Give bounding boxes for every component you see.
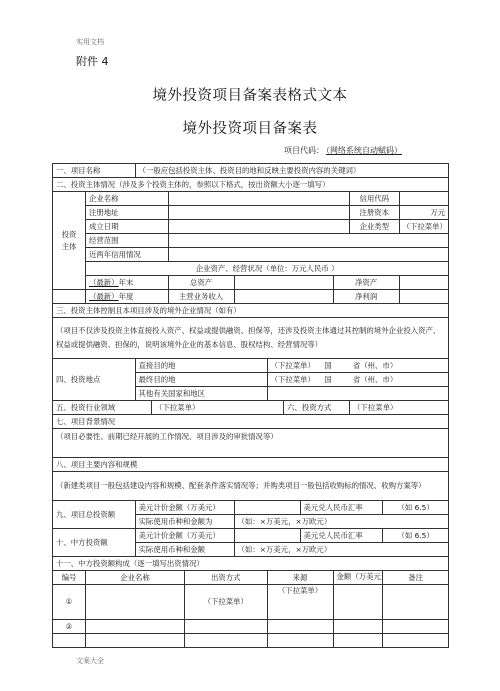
final-country-dropdown[interactable]: （下拉菜单） xyxy=(271,375,315,384)
final-destination-label: 最终目的地 xyxy=(135,373,267,387)
row-overseas-header: 三、投资主体控制且本项目涉及的境外企业情况（如有） xyxy=(53,304,449,318)
row-no: ② xyxy=(53,620,86,634)
row-no xyxy=(53,634,86,648)
row-note-field[interactable] xyxy=(383,634,449,648)
composition-section-label: 十一、中方投资额构成（逐一填写出资情况） xyxy=(53,557,449,571)
project-code-line: 项目代码：（网络系统自动赋码） xyxy=(284,145,402,156)
row-year-revenue: （最新）年度 主营业务收入 净利润 xyxy=(53,290,449,304)
company-name-label: 企业名称 xyxy=(86,192,169,206)
project-code-label: 项目代码： xyxy=(284,146,324,155)
col-header-source: 来源 xyxy=(267,571,333,585)
background-field[interactable]: （项目必要性、前期已经开展的工作情况、项目涉及的审批情况等） xyxy=(53,429,449,458)
investor-side-spacer xyxy=(53,290,86,304)
total-assets-label: 总资产 xyxy=(168,276,234,290)
row-amount-field[interactable] xyxy=(333,620,383,634)
row-investor-header: 二、投资主体情况（涉及多个投资主体的，参照以下格式，按出资额大小逐一填写） xyxy=(53,178,449,192)
row-company-field[interactable] xyxy=(86,585,185,620)
total-investment-label: 九、项目总投资额 xyxy=(53,501,136,529)
founded-label: 成立日期 xyxy=(86,220,169,234)
row-industry-method: 五、投资行业领域 （下拉菜单） 六、投资方式 （下拉菜单） xyxy=(53,401,449,415)
location-label: 四、投资地点 xyxy=(53,359,136,401)
total-usd-field[interactable] xyxy=(234,501,300,515)
row-source-dropdown[interactable] xyxy=(267,634,333,648)
credit-code-label: 信用代码 xyxy=(350,192,400,206)
cn-fx-field[interactable]: （如 6.5） xyxy=(383,529,449,543)
filing-form-table: 一、项目名称 （一般应包括投资主体、投资目的地和反映主要投资内容的关键词） 二、… xyxy=(52,163,449,648)
cn-actual-label: 实际使用币种和金额 xyxy=(135,543,234,557)
final-destination-field[interactable]: （下拉菜单） 国 省（州、市） xyxy=(267,373,449,387)
project-code-value[interactable]: （网络系统自动赋码） xyxy=(326,146,402,155)
content-section-label: 八、项目主要内容和规模 xyxy=(53,458,449,472)
investor-section-label: 二、投资主体情况（涉及多个投资主体的，参照以下格式，按出资额大小逐一填写） xyxy=(53,178,449,192)
row-source-dropdown[interactable]: （下拉菜单） xyxy=(267,585,333,620)
composition-column-headers: 编号 企业名称 出资方式 来源 金额（万美元） 备注 xyxy=(53,571,449,585)
table-row: ① （下拉菜单） （下拉菜单） xyxy=(53,585,449,620)
row-method-dropdown[interactable]: （下拉菜单） xyxy=(185,585,268,620)
col-header-note: 备注 xyxy=(383,571,449,585)
col-header-amount: 金额（万美元） xyxy=(333,571,383,585)
reg-address-label: 注册地址 xyxy=(86,206,169,220)
main-revenue-field[interactable] xyxy=(234,290,333,304)
reg-capital-field[interactable]: 万元 xyxy=(399,206,449,220)
row-method-dropdown[interactable] xyxy=(185,634,268,648)
credit-history-field[interactable] xyxy=(168,248,449,262)
total-assets-field[interactable] xyxy=(234,276,333,290)
row-content-header: 八、项目主要内容和规模 xyxy=(53,458,449,472)
project-name-field[interactable]: （一般应包括投资主体、投资目的地和反映主要投资内容的关键词） xyxy=(135,164,449,178)
industry-dropdown[interactable]: （下拉菜单） xyxy=(152,401,284,415)
attachment-label: 附件 4 xyxy=(76,53,109,69)
row-reg-address: 注册地址 注册资本 万元 xyxy=(53,206,449,220)
latest-year-field[interactable]: （最新） xyxy=(89,292,119,301)
row-no: ① xyxy=(53,585,86,620)
project-name-label: 一、项目名称 xyxy=(53,164,136,178)
cn-usd-label: 美元计价金额（万美元） xyxy=(135,529,234,543)
assets-header: 企业资产、经营状况（单位：万元人民币 ） xyxy=(86,262,449,276)
row-credit-history: 近两年信用情况 xyxy=(53,248,449,262)
founded-field[interactable] xyxy=(168,220,350,234)
row-amount-field[interactable] xyxy=(333,585,383,620)
row-composition-header: 十一、中方投资额构成（逐一填写出资情况） xyxy=(53,557,449,571)
net-profit-label: 净利润 xyxy=(333,290,399,304)
row-founded: 成立日期 企业类型 （下拉菜单） xyxy=(53,220,449,234)
direct-destination-field[interactable]: （下拉菜单） 国 省（州、市） xyxy=(267,359,449,373)
latest-year-end-field[interactable]: （最新） xyxy=(89,278,119,287)
direct-destination-label: 直接目的地 xyxy=(135,359,267,373)
row-note-field[interactable] xyxy=(383,585,449,620)
col-header-method: 出资方式 xyxy=(185,571,268,585)
company-type-dropdown[interactable]: （下拉菜单） xyxy=(399,220,449,234)
other-regions-label: 其他有关国家和地区 xyxy=(135,387,267,401)
cn-investment-label: 十、中方投资额 xyxy=(53,529,136,557)
net-profit-field[interactable] xyxy=(399,290,449,304)
net-assets-label: 净资产 xyxy=(333,276,399,290)
row-assets-header: 企业资产、经营状况（单位：万元人民币 ） xyxy=(53,262,449,276)
row-project-name: 一、项目名称 （一般应包括投资主体、投资目的地和反映主要投资内容的关键词） xyxy=(53,164,449,178)
business-scope-field[interactable] xyxy=(168,234,449,248)
col-header-no: 编号 xyxy=(53,571,86,585)
year-end-label: （最新）年末 xyxy=(86,276,169,290)
content-field[interactable]: （新建类项目一般包括建设内容和规模、配套条件落实情况等；并购类项目一般包括收购标… xyxy=(53,472,449,501)
footer-note: 文案大全 xyxy=(76,656,104,666)
year-label: （最新）年度 xyxy=(86,290,169,304)
investor-side-label: 投资 主体 xyxy=(53,192,86,290)
method-label: 六、投资方式 xyxy=(284,401,350,415)
overseas-section-label: 三、投资主体控制且本项目涉及的境外企业情况（如有） xyxy=(53,304,449,318)
total-actual-label: 实际使用币种和金额为 xyxy=(135,515,234,529)
row-background-header: 七、项目背景情况 xyxy=(53,415,449,429)
company-type-label: 企业类型 xyxy=(350,220,400,234)
row-company-field[interactable] xyxy=(86,620,185,634)
row-cn-usd: 十、中方投资额 美元计价金额（万美元） 美元兑人民币汇率 （如 6.5） xyxy=(53,529,449,543)
row-method-dropdown[interactable] xyxy=(185,620,268,634)
table-row: ② xyxy=(53,620,449,634)
company-name-field[interactable] xyxy=(168,192,350,206)
total-fx-field[interactable]: （如 6.5） xyxy=(383,501,449,515)
row-note-field[interactable] xyxy=(383,620,449,634)
industry-label: 五、投资行业领域 xyxy=(53,401,152,415)
other-regions-field[interactable] xyxy=(267,387,449,401)
reg-address-field[interactable] xyxy=(168,206,350,220)
document-title: 境外投资项目备案表格式文本 xyxy=(0,84,500,105)
row-direct-destination: 四、投资地点 直接目的地 （下拉菜单） 国 省（州、市） xyxy=(53,359,449,373)
background-section-label: 七、项目背景情况 xyxy=(53,415,449,429)
reg-capital-label: 注册资本 xyxy=(350,206,400,220)
row-background-hint: （项目必要性、前期已经开展的工作情况、项目涉及的审批情况等） xyxy=(53,429,449,458)
row-year-end: （最新）年末 总资产 净资产 xyxy=(53,276,449,290)
row-amount-field[interactable] xyxy=(333,634,383,648)
net-assets-field[interactable] xyxy=(399,276,449,290)
table-row xyxy=(53,634,449,648)
row-business-scope: 经营范围 xyxy=(53,234,449,248)
cn-usd-field[interactable] xyxy=(234,529,300,543)
header-note: 实用文档 xyxy=(76,37,104,47)
overseas-field[interactable]: （项目不仅涉及投资主体直接投入资产、权益或提供融资、担保等，还涉及投资主体通过其… xyxy=(53,318,449,359)
cn-fx-label: 美元兑人民币汇率 xyxy=(300,529,383,543)
row-company-name: 投资 主体 企业名称 信用代码 xyxy=(53,192,449,206)
total-actual-field[interactable]: （如：×万美元，×万欧元） xyxy=(234,515,449,529)
credit-history-label: 近两年信用情况 xyxy=(86,248,169,262)
method-dropdown[interactable]: （下拉菜单） xyxy=(350,401,449,415)
row-overseas-hint: （项目不仅涉及投资主体直接投入资产、权益或提供融资、担保等，还涉及投资主体通过其… xyxy=(53,318,449,359)
direct-country-dropdown[interactable]: （下拉菜单） xyxy=(271,361,315,370)
form-title: 境外投资项目备案表 xyxy=(0,117,500,138)
row-company-field[interactable] xyxy=(86,634,185,648)
row-content-hint: （新建类项目一般包括建设内容和规模、配套条件落实情况等；并购类项目一般包括收购标… xyxy=(53,472,449,501)
cn-actual-field[interactable]: （如：×万美元，×万欧元） xyxy=(234,543,449,557)
credit-code-field[interactable] xyxy=(399,192,449,206)
total-fx-label: 美元兑人民币汇率 xyxy=(300,501,383,515)
business-scope-label: 经营范围 xyxy=(86,234,169,248)
main-revenue-label: 主营业务收入 xyxy=(168,290,234,304)
col-header-company: 企业名称 xyxy=(86,571,185,585)
row-total-usd: 九、项目总投资额 美元计价金额（万美元） 美元兑人民币汇率 （如 6.5） xyxy=(53,501,449,515)
row-source-dropdown[interactable] xyxy=(267,620,333,634)
total-usd-label: 美元计价金额（万美元） xyxy=(135,501,234,515)
